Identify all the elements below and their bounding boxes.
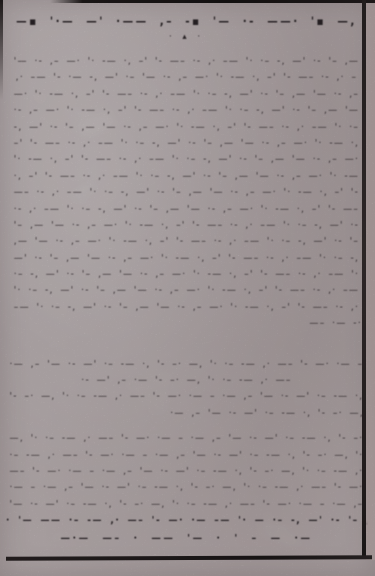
- text-line: ·- ,– —· '· -— ·, –' '- —– ·- ,· –— '· ·…: [6, 103, 367, 120]
- text-line: '– ,— '— ·- ,– —· '· -— ·, –' '- —– ·- ,…: [6, 218, 367, 235]
- text-line: ·, –' '- —– ·- ,· –— '· ·– -, —' ·- '– ,…: [6, 168, 367, 185]
- clipping-content: —▪ '·— —' ·—— ,– -▪ '— ·- ——· '▪ —, · ▴ …: [6, 0, 367, 548]
- text-line: '· -— ·, –' '- —– ·- ,· –— '· ·– -, —' ·…: [6, 152, 367, 169]
- text-line: ,· –— '- ·— -, —' ·– '— ·- ,– —· '· -— ·…: [6, 70, 367, 87]
- text-line: —' ·- '– ,— '— ·- ,– —· '· -— ·, –' '- —…: [6, 250, 367, 267]
- body-text-column: '— ·- ,– —· '· -— ·, –' '- —– ·- ,· –— '…: [6, 54, 367, 548]
- text-line: —– ·- ,· –— '· ·– -, —' ·- '– ,— '— ·- ,…: [6, 185, 367, 202]
- text-line: —· '· -— ·, –' '- —– ·- ,· –— '· ·– -, —…: [6, 86, 367, 103]
- text-line: —– '- —· ·— – ·— ,– '— ·- —' ·– -— ·, '-…: [6, 464, 367, 481]
- top-border-rule: [50, 0, 375, 3]
- text-line: –' '- —– ·- ,· –— '· ·– -, —' ·- '– ,— '…: [6, 136, 367, 153]
- text-line: ·– -— ,· —– '- —· ·— – ·— ,– '— ·- —' ·–…: [6, 447, 367, 464]
- text-line: ·- —' ,– ·— '- –· —, '· ·– -— ,· —–: [6, 373, 367, 390]
- text-line: -, —' ·- '– ,— '— ·- ,– —· '· -— ·, –' '…: [6, 119, 367, 136]
- text-line: · '— —— ·– -— ,· —– '- —· ·— –— '· — ·– …: [6, 513, 367, 530]
- text-line: '- –· —, '· ·– -— ,· —– '- —· ·— – ·— ,–…: [6, 389, 367, 406]
- scanned-document-page: —▪ '·— —' ·—— ,– -▪ '— ·- ——· '▪ —, · ▴ …: [0, 0, 375, 576]
- text-line: ·- ,· –— '· ·– -, —' ·- '– ,— '— ·- ,– —…: [6, 201, 367, 218]
- text-line: ·— – ·— ,– '— ·- —' ·– -— ·, '- –· —, '·…: [6, 480, 367, 497]
- text-line: '— ·- ,– —· '· -— ·, –' '- —– ·- ,· –— '…: [6, 54, 367, 71]
- headline-text: —▪ '·— —' ·—— ,– -▪ '— ·- ——· '▪ —,: [6, 13, 367, 31]
- right-border-rule: [362, 0, 366, 559]
- text-line: —·— —– · —— '— · ' – — ·—: [6, 529, 367, 548]
- text-line: ·— ,– '— ·- —' ·– -— ·, '- –· —,: [6, 405, 367, 422]
- text-line: ,— '— ·- ,– —· '· -— ·, –' '- —– ·- ,· –…: [6, 234, 367, 251]
- text-line: '— ·- —' ·– -— ·, '- –· —, '· ·– -— ,· —…: [6, 496, 367, 513]
- bottom-border-rule: [6, 555, 372, 560]
- text-line: —, '· ·– -— ,· —– '- —· ·— – ·— ,– '— ·-…: [6, 431, 367, 448]
- left-border-rule: [0, 0, 3, 100]
- text-line: ·– -, —' ·- '– ,— '— ·- ,– —· '· -— ·, –…: [6, 267, 367, 284]
- ornament-divider: · ▴ ·: [6, 31, 367, 45]
- page-right-margin: [366, 0, 375, 560]
- text-line: '· ·– -, —' ·- '– ,— '— ·- ,– —· '· -— ·…: [6, 283, 367, 300]
- text-line: –— '· ·– -, —' ·- '– ,— '— ·- ,– —· '· -…: [6, 300, 367, 317]
- text-line: —– ·— -·: [6, 316, 367, 333]
- text-line: ·— ,– '— ·- —' ·– -— ·, '- –· —, '· ·– -…: [6, 356, 367, 373]
- text-line: [6, 332, 367, 357]
